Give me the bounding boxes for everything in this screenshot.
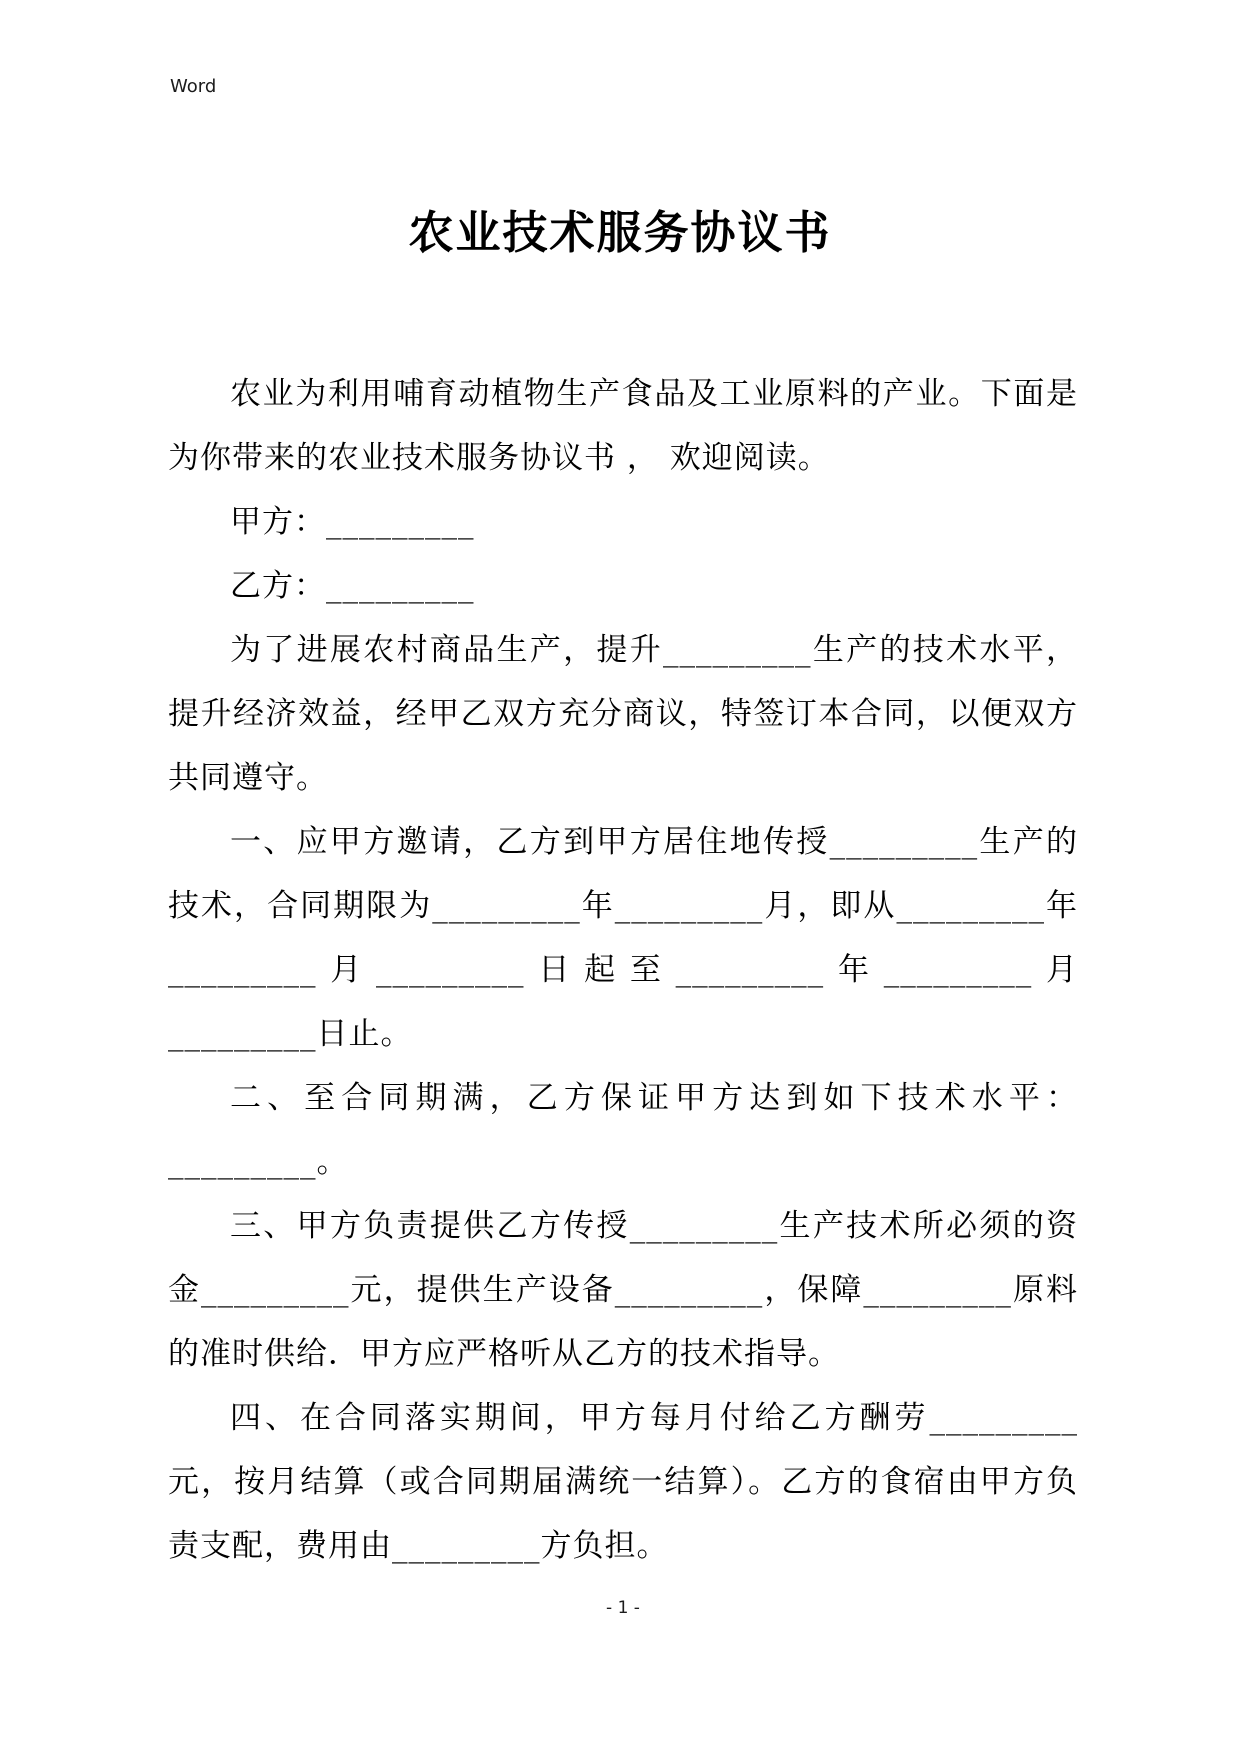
document-title: 农业技术服务协议书 [0,196,1240,261]
paragraph-clause-4: 四、在合同落实期间，甲方每月付给乙方酬劳_________元，按月结算（或合同期… [168,1386,1078,1578]
document-body: 农业为利用哺育动植物生产食品及工业原料的产业。下面是为你带来的农业技术服务协议书… [168,362,1078,1578]
document-page: Word 农业技术服务协议书 农业为利用哺育动植物生产食品及工业原料的产业。下面… [0,0,1240,1753]
paragraph-party-b: 乙方：_________ [168,554,1078,618]
paragraph-intro: 农业为利用哺育动植物生产食品及工业原料的产业。下面是为你带来的农业技术服务协议书… [168,362,1078,490]
paragraph-clause-1: 一、应甲方邀请，乙方到甲方居住地传授_________生产的技术，合同期限为__… [168,810,1078,1066]
page-number: - 1 - [168,1598,1078,1618]
paragraph-clause-3: 三、甲方负责提供乙方传授_________生产技术所必须的资金_________… [168,1194,1078,1386]
paragraph-party-a: 甲方：_________ [168,490,1078,554]
paragraph-clause-2: 二、至合同期满，乙方保证甲方达到如下技术水平：_________。 [168,1066,1078,1194]
word-app-label: Word [170,76,216,97]
paragraph-preamble: 为了进展农村商品生产，提升_________生产的技术水平，提升经济效益，经甲乙… [168,618,1078,810]
